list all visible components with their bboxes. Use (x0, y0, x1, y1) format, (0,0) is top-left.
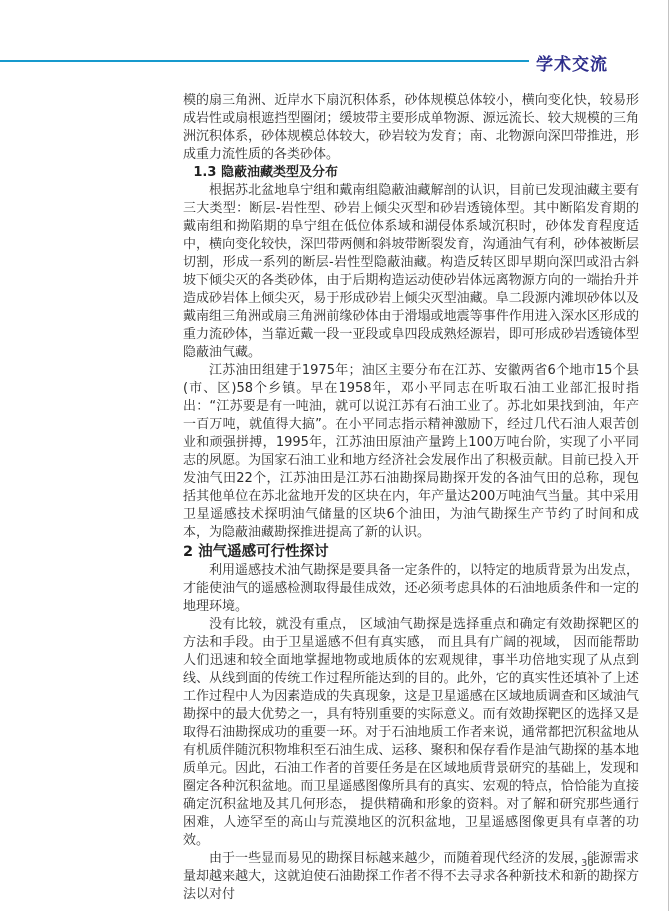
paragraph: 根据苏北盆地阜宁组和戴南组隐蔽油藏解剖的认识，目前已发现油藏主要有三大类型：断层… (183, 182, 639, 362)
header-divider-line (0, 60, 529, 62)
subsection-heading-1-3: 1.3 隐蔽油藏类型及分布 (183, 164, 639, 182)
paragraph: 江苏油田组建于1975年；油区主要分布在江苏、安徽两省6个地市15个县(市、区)… (183, 362, 639, 542)
section-banner: 学术交流 (536, 50, 608, 75)
section-heading-2: 2 油气遥感可行性探讨 (183, 542, 639, 562)
article-body: 模的扇三角洲、近岸水下扇沉积体系，砂体规模总体较小，横向变化快，较易形成岩性或扇… (183, 92, 639, 904)
paragraph: 由于一些显而易见的勘探目标越来越少，而随着现代经济的发展，能源需求量却越来越大，… (183, 850, 639, 904)
paragraph: 没有比较，就没有重点， 区域油气勘探是选择重点和确定有效勘探靶区的方法和手段。由… (183, 616, 639, 850)
page-number: 30 (581, 858, 594, 869)
journal-page: 学术交流 模的扇三角洲、近岸水下扇沉积体系，砂体规模总体较小，横向变化快，较易形… (0, 0, 670, 911)
paragraph-continuation: 模的扇三角洲、近岸水下扇沉积体系，砂体规模总体较小，横向变化快，较易形成岩性或扇… (183, 92, 639, 164)
paragraph: 利用遥感技术油气勘探是要具备一定条件的，以特定的地质背景为出发点，才能使油气的遥… (183, 562, 639, 616)
page-edge-line (668, 0, 669, 911)
